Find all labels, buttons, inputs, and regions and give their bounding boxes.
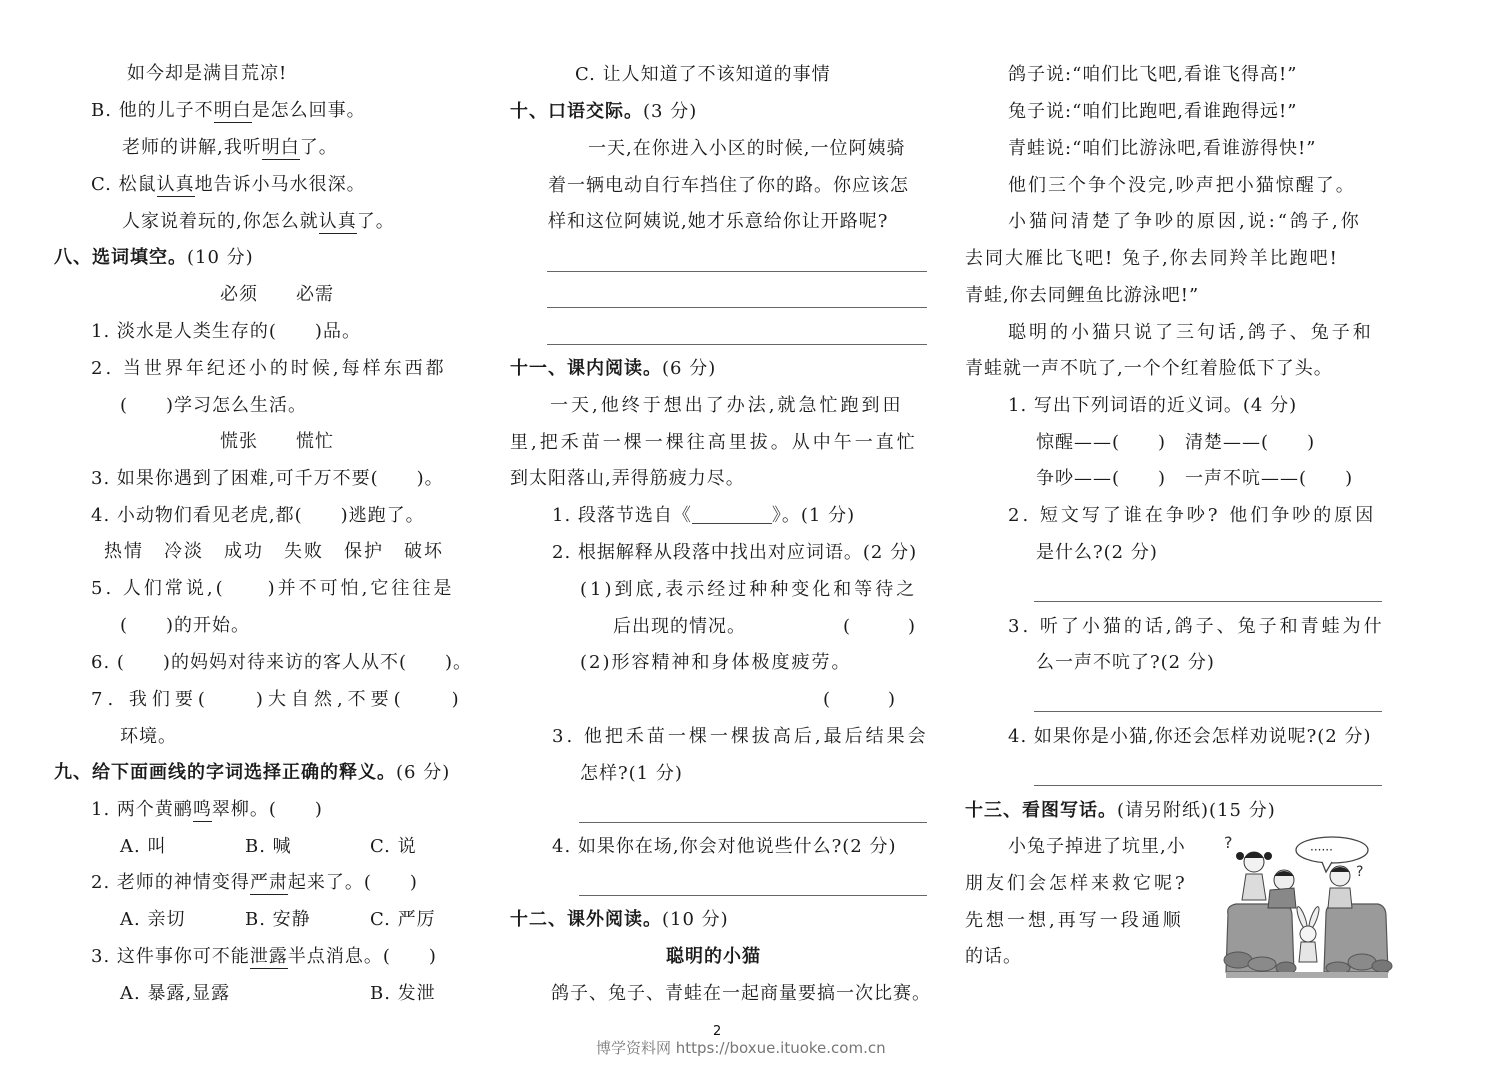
story-line: 去同大雁比飞吧! 兔子,你去同羚羊比跑吧!	[965, 247, 1339, 271]
section9-q3-option-c: C. 让人知道了不该知道的事情	[575, 63, 831, 87]
answer-line[interactable]	[1034, 785, 1382, 786]
story-line: 小猫问清楚了争吵的原因,说:“鸽子,你	[1008, 210, 1362, 234]
section11-passage-line3: 到太阳落山,弄得筋疲力尽。	[510, 467, 745, 491]
section12-q1: 1. 写出下列词语的近义词。(4 分)	[1008, 394, 1297, 418]
section9-q1: 1. 两个黄鹂鸣翠柳。( )	[91, 798, 323, 822]
story-line: 鸽子、兔子、青蛙在一起商量要搞一次比赛。	[551, 982, 931, 1006]
section11-q1: 1. 段落节选自《》。(1 分)	[552, 504, 855, 528]
section9-q3: 3. 这件事你可不能泄露半点消息。( )	[91, 945, 437, 969]
section13-body-line4: 的话。	[965, 945, 1022, 969]
section11-q3-line1: 3. 他把禾苗一棵一棵拔高后,最后结果会	[552, 725, 929, 749]
question-mark-icon: ?	[1356, 864, 1363, 880]
section9-q2-option-a: A. 亲切	[120, 908, 185, 932]
section8-q5-line2: ( )的开始。	[120, 614, 250, 638]
section13-heading: 十三、看图写话。(请另附纸)(15 分)	[965, 799, 1276, 823]
footer-watermark: 博学资料网 https://boxue.ituoke.com.cn	[596, 1037, 886, 1058]
svg-text:······: ······	[1310, 843, 1333, 857]
section11-heading: 十一、课内阅读。(6 分)	[510, 357, 716, 381]
section8-q2-line1: 2. 当世界年纪还小的时候,每样东西都	[91, 357, 447, 381]
section8-q7-line1: 7. 我们要( )大自然,不要( )	[91, 688, 464, 712]
section8-q7-line2: 环境。	[120, 725, 177, 749]
word-bank-1: 必须 必需	[220, 283, 334, 307]
underlined-word: 鸣	[193, 799, 212, 822]
section11-q2-1-line2: 后出现的情况。	[613, 615, 746, 639]
section8-q2-line2: ( )学习怎么生活。	[120, 394, 307, 418]
section8-q3: 3. 如果你遇到了困难,可千万不要( )。	[91, 467, 444, 491]
underlined-word: 明白	[214, 100, 252, 123]
section12-q2-line1: 2. 短文写了谁在争吵? 他们争吵的原因	[1008, 504, 1376, 528]
underlined-word: 认真	[157, 174, 195, 197]
answer-paren[interactable]: ( )	[843, 615, 916, 639]
section10-heading: 十、口语交际。(3 分)	[510, 100, 697, 124]
section11-q2-2: (2)形容精神和身体极度疲劳。	[580, 651, 852, 675]
section8-q1: 1. 淡水是人类生存的( )品。	[91, 320, 361, 344]
answer-line[interactable]	[579, 822, 927, 823]
story-line: 他们三个争个没完,吵声把小猫惊醒了。	[1008, 174, 1356, 198]
section11-q2: 2. 根据解释从段落中找出对应词语。(2 分)	[552, 541, 917, 565]
section11-passage-line2: 里,把禾苗一棵一棵往高里拔。从中午一直忙	[510, 431, 918, 455]
answer-line[interactable]	[547, 307, 927, 308]
story-line: 兔子说:“咱们比跑吧,看谁跑得远!”	[1008, 100, 1297, 124]
section9-q3-option-b: B. 发泄	[370, 982, 436, 1006]
section12-q1-row2: 争吵——( ) 一声不吭——( )	[1036, 467, 1353, 491]
section13-body-line3: 先想一想,再写一段通顺	[965, 909, 1184, 933]
section9-q1-option-c: C. 说	[370, 835, 417, 859]
section10-body-line2: 着一辆电动自行车挡住了你的路。你应该怎	[548, 174, 909, 198]
question-mark-icon: ?	[1224, 833, 1233, 852]
section12-q1-row1: 惊醒——( ) 清楚——( )	[1036, 431, 1315, 455]
underlined-word: 泄露	[250, 946, 288, 969]
answer-line[interactable]	[1034, 711, 1382, 712]
story-line: 鸽子说:“咱们比飞吧,看谁飞得高!”	[1008, 63, 1297, 87]
q7-option-b-line2: 老师的讲解,我听明白了。	[122, 136, 338, 160]
section9-q1-option-b: B. 喊	[245, 835, 292, 859]
word-bank-2: 慌张 慌忙	[220, 430, 334, 454]
q7-option-c-line1: C. 松鼠认真地告诉小马水很深。	[91, 173, 366, 197]
section9-q2: 2. 老师的神情变得严肃起来了。( )	[91, 871, 418, 895]
section13-body-line2: 朋友们会怎样来救它呢?	[965, 872, 1188, 896]
answer-line[interactable]	[547, 271, 927, 272]
section8-q6: 6. ( )的妈妈对待来访的客人从不( )。	[91, 651, 472, 675]
section9-q2-option-c: C. 严厉	[370, 908, 436, 932]
section9-q1-option-a: A. 叫	[120, 835, 166, 859]
section12-heading: 十二、课外阅读。(10 分)	[510, 908, 729, 932]
story-line: 聪明的小猫只说了三句话,鸽子、兔子和	[1008, 321, 1374, 345]
section9-q2-option-b: B. 安静	[245, 908, 311, 932]
story-title: 聪明的小猫	[666, 945, 761, 969]
section11-q4: 4. 如果你在场,你会对他说些什么?(2 分)	[552, 835, 897, 859]
underlined-word: 严肃	[250, 872, 288, 895]
section12-q2-line2: 是什么?(2 分)	[1036, 541, 1158, 565]
q7-option-c-line2: 人家说着玩的,你怎么就认真了。	[122, 210, 395, 234]
section9-heading: 九、给下面画线的字词选择正确的释义。(6 分)	[54, 761, 450, 785]
section9-q3-option-a: A. 暴露,显露	[120, 982, 230, 1006]
section10-body-line3: 样和这位阿姨说,她才乐意给你让开路呢?	[548, 210, 888, 234]
section12-q3-line1: 3. 听了小猫的话,鸽子、兔子和青蛙为什	[1008, 615, 1385, 639]
section11-q3-line2: 怎样?(1 分)	[580, 762, 683, 786]
section11-q2-1-line1: (1)到底,表示经过种种变化和等待之	[580, 578, 917, 602]
answer-line[interactable]	[579, 895, 927, 896]
title-blank[interactable]	[692, 505, 772, 524]
section8-q4: 4. 小动物们看见老虎,都( )逃跑了。	[91, 504, 425, 528]
underlined-word: 明白	[262, 137, 300, 160]
section8-q5-line1: 5. 人们常说,( )并不可怕,它往往是	[91, 577, 454, 601]
underlined-word: 认真	[319, 211, 357, 234]
answer-paren[interactable]: ( )	[823, 688, 896, 712]
picture-illustration: ? ? ······	[1222, 832, 1394, 984]
story-line: 青蛙就一声不吭了,一个个红着脸低下了头。	[965, 357, 1333, 381]
section13-body-line1: 小兔子掉进了坑里,小	[1008, 835, 1186, 859]
q7-option-a-line2: 如今却是满目荒凉!	[127, 62, 287, 86]
story-line: 青蛙,你去同鲤鱼比游泳吧!”	[965, 284, 1199, 308]
story-line: 青蛙说:“咱们比游泳吧,看谁游得快!”	[1008, 137, 1316, 161]
section12-q4: 4. 如果你是小猫,你还会怎样劝说呢?(2 分)	[1008, 725, 1372, 749]
q7-option-b-line1: B. 他的儿子不明白是怎么回事。	[91, 99, 366, 123]
answer-line[interactable]	[547, 344, 927, 345]
word-bank-3: 热情 冷淡 成功 失败 保护 破坏	[104, 540, 444, 564]
answer-line[interactable]	[1034, 601, 1382, 602]
section12-q3-line2: 么一声不吭了?(2 分)	[1036, 651, 1215, 675]
kids-rescue-rabbit-illustration: ? ? ······	[1222, 832, 1394, 984]
section11-passage-line1: 一天,他终于想出了办法,就急忙跑到田	[550, 394, 903, 418]
section8-heading: 八、选词填空。(10 分)	[54, 246, 254, 270]
section10-body-line1: 一天,在你进入小区的时候,一位阿姨骑	[588, 137, 905, 161]
